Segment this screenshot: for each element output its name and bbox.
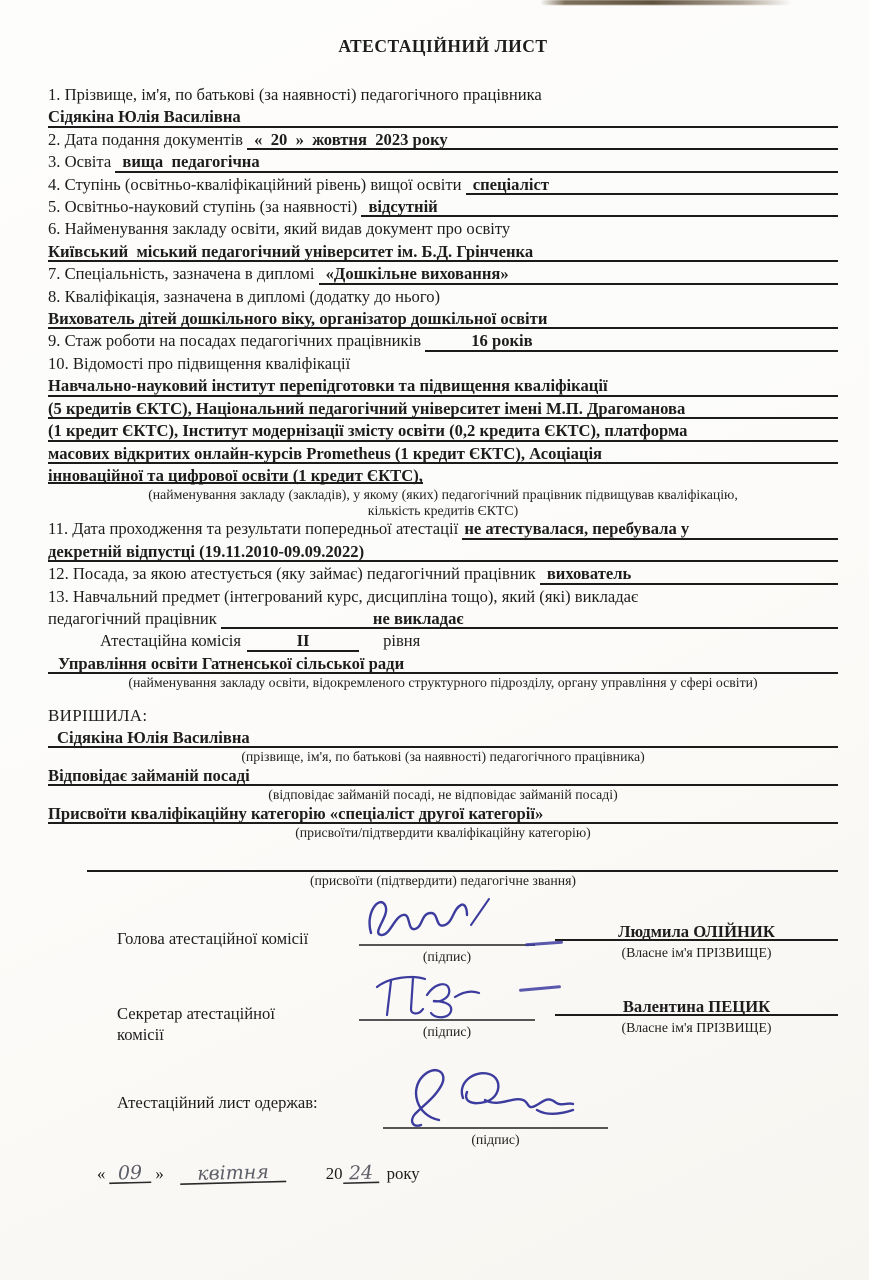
- secretary-role-label: Секретар атестаційної комісії: [117, 981, 339, 1045]
- field-10-note: кількість кредитів ЄКТС): [48, 503, 838, 519]
- handwritten-day: 09: [109, 1162, 152, 1185]
- decision-category-note: (присвоїти/підтвердити кваліфікаційну ка…: [48, 825, 838, 841]
- field-3-label: 3. Освіта: [48, 151, 115, 173]
- head-role-label: Голова атестаційної комісії: [117, 906, 339, 965]
- decision-result: Відповідає займаній посаді: [48, 765, 838, 787]
- received-signature-cell: (підпис): [383, 1067, 608, 1148]
- printed-year-prefix: 20: [326, 1164, 343, 1184]
- field-10-label: 10. Відомості про підвищення кваліфікаці…: [48, 353, 838, 375]
- field-12: 12. Посада, за якою атестується (яку зай…: [48, 563, 838, 585]
- field-7-value: «Дошкільне виховання»: [319, 263, 838, 285]
- secretary-name: Валентина ПЕЦИК: [555, 997, 838, 1017]
- secretary-signature-cell: (підпис): [359, 981, 535, 1045]
- head-signature-ink: [363, 889, 513, 941]
- head-name: Людмила ОЛІЙНИК: [555, 922, 838, 942]
- field-11-value-line2: декретній відпустці (19.11.2010-09.09.20…: [48, 541, 838, 563]
- year-suffix: року: [387, 1164, 420, 1184]
- field-2: 2. Дата подання документів « 20 » жовтня…: [48, 129, 838, 151]
- decision-name: Сідякіна Юлія Василівна: [48, 727, 838, 749]
- field-6-value: Київський міський педагогічний університ…: [48, 241, 838, 263]
- field-1-label: 1. Прізвище, ім'я, по батькові (за наявн…: [48, 84, 838, 106]
- head-name-cell: Людмила ОЛІЙНИК (Власне ім'я ПРІЗВИЩЕ): [555, 906, 838, 965]
- signature-row-secretary: Секретар атестаційної комісії (підпис) В…: [48, 981, 838, 1045]
- field-9: 9. Стаж роботи на посадах педагогічних п…: [48, 330, 838, 352]
- own-name-caption: (Власне ім'я ПРІЗВИЩЕ): [555, 942, 838, 961]
- commission-suffix: рівня: [365, 630, 420, 652]
- field-13-value: не викладає: [221, 608, 838, 630]
- field-12-label: 12. Посада, за якою атестується (яку зай…: [48, 563, 540, 585]
- pidpys-caption: (підпис): [383, 1129, 608, 1148]
- decision-heading: ВИРІШИЛА:: [48, 705, 838, 727]
- pidpys-caption: (підпис): [359, 1021, 535, 1040]
- field-1-value: Сідякіна Юлія Василівна: [48, 106, 838, 128]
- field-5-value: відсутній: [361, 196, 838, 218]
- secretary-name-cell: Валентина ПЕЦИК (Власне ім'я ПРІЗВИЩЕ): [555, 981, 838, 1045]
- field-11: 11. Дата проходження та результати попер…: [48, 518, 838, 540]
- field-5-label: 5. Освітньо-науковий ступінь (за наявнос…: [48, 196, 361, 218]
- field-8-value: Вихователь дітей дошкільного віку, орган…: [48, 308, 838, 330]
- decision-name-note: (прізвище, ім'я, по батькові (за наявнос…: [48, 749, 838, 765]
- signature-block: Голова атестаційної комісії (підпис) Люд…: [48, 906, 838, 1148]
- field-2-label: 2. Дата подання документів: [48, 129, 247, 151]
- date-line: « 09 » квітня 20 24 року: [48, 1162, 838, 1184]
- document-title: АТЕСТАЦІЙНИЙ ЛИСТ: [48, 36, 838, 57]
- commission-org: Управління освіти Гатненської сільської …: [48, 653, 838, 675]
- field-10-line: (1 кредит ЄКТС), Інститут модернізації з…: [48, 420, 838, 442]
- field-10-line: масових відкритих онлайн-курсів Promethe…: [48, 443, 838, 465]
- handwritten-year: 24: [342, 1162, 379, 1185]
- field-5: 5. Освітньо-науковий ступінь (за наявнос…: [48, 196, 838, 218]
- field-13-label2: педагогічний працівник: [48, 608, 221, 630]
- received-label: Атестаційний лист одержав:: [117, 1067, 362, 1148]
- decision-category: Присвоїти кваліфікаційну категорію «спец…: [48, 803, 838, 825]
- attestation-sheet-scan: АТЕСТАЦІЙНИЙ ЛИСТ 1. Прізвище, ім'я, по …: [0, 0, 869, 1280]
- field-7-label: 7. Спеціальність, зазначена в дипломі: [48, 263, 319, 285]
- field-9-value: 16 років: [425, 330, 838, 352]
- commission-label: Атестаційна комісія: [48, 630, 241, 652]
- field-11-label: 11. Дата проходження та результати попер…: [48, 518, 462, 540]
- field-7: 7. Спеціальність, зазначена в дипломі «Д…: [48, 263, 838, 285]
- field-13-label: 13. Навчальний предмет (інтегрований кур…: [48, 586, 838, 608]
- close-quote: »: [151, 1164, 167, 1184]
- field-10-note: (найменування закладу (закладів), у яком…: [48, 487, 838, 503]
- field-12-value: вихователь: [540, 563, 838, 585]
- field-11-value: не атестувалася, перебувала у: [462, 518, 838, 540]
- field-10-line-last: інноваційної та цифрової освіти (1 креди…: [48, 465, 838, 487]
- commission-note: (найменування закладу освіти, відокремле…: [48, 675, 838, 691]
- pedagogical-title-blank-line: [87, 851, 838, 873]
- decision-title-note: (присвоїти (підтвердити) педагогічне зва…: [48, 873, 838, 889]
- field-4: 4. Ступінь (освітньо-кваліфікаційний рів…: [48, 174, 838, 196]
- received-signature-ink: [387, 1062, 577, 1128]
- pidpys-caption: (підпис): [359, 946, 535, 965]
- secretary-signature-ink: [363, 965, 513, 1021]
- handwritten-month: квітня: [180, 1161, 287, 1186]
- field-4-label: 4. Ступінь (освітньо-кваліфікаційний рів…: [48, 174, 466, 196]
- field-3: 3. Освіта вища педагогічна: [48, 151, 838, 173]
- field-13-line2: педагогічний працівник не викладає: [48, 608, 838, 630]
- field-4-value: спеціаліст: [466, 174, 838, 196]
- head-signature-cell: (підпис): [359, 906, 535, 965]
- field-3-value: вища педагогічна: [115, 151, 838, 173]
- decision-result-note: (відповідає займаній посаді, не відповід…: [48, 787, 838, 803]
- field-9-label: 9. Стаж роботи на посадах педагогічних п…: [48, 330, 425, 352]
- field-6-label: 6. Найменування закладу освіти, який вид…: [48, 218, 838, 240]
- own-name-caption: (Власне ім'я ПРІЗВИЩЕ): [555, 1017, 838, 1036]
- commission-level: ІІ: [247, 630, 359, 652]
- open-quote: «: [93, 1164, 109, 1184]
- signature-row-received: Атестаційний лист одержав: (підпис): [48, 1067, 838, 1148]
- field-8-label: 8. Кваліфікація, зазначена в дипломі (до…: [48, 286, 838, 308]
- field-2-value: « 20 » жовтня 2023 року: [247, 129, 838, 151]
- field-10-line: Навчально-науковий інститут перепідготов…: [48, 375, 838, 397]
- signature-row-head: Голова атестаційної комісії (підпис) Люд…: [48, 906, 838, 965]
- commission-line: Атестаційна комісія ІІ рівня: [48, 630, 838, 652]
- field-10-line: (5 кредитів ЄКТС), Національний педагогі…: [48, 398, 838, 420]
